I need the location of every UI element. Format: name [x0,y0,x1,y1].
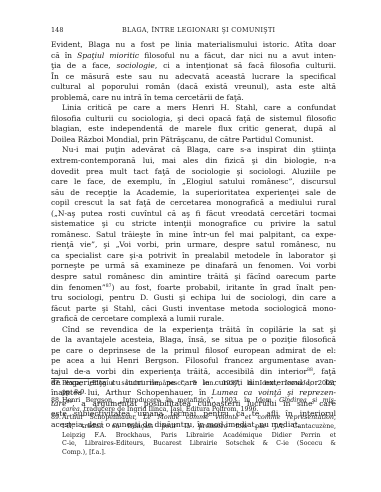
text-line: ţia de a face, sociologie, ci a intenţio… [51,61,336,72]
footnote-number: 88. [51,397,61,406]
text-line: blagian, este independentă de marele flu… [51,124,336,135]
page-number: 148 [51,26,64,34]
text-line: I-II, traduit en français pour la premiè… [62,423,336,432]
footnote-reference[interactable]: 88 [307,368,313,373]
text-line: ca specialist care şi-a potrivit în prea… [51,251,336,262]
text-line: („N-aş putea rosti cuvîntul că aş fi făc… [51,209,336,220]
running-header: 148 BLAGA, ÎNTRE LEGIONARI ŞI COMUNIŞTI [51,26,336,36]
text-line: românesc. Satul trăieşte în mine într-un… [51,230,336,241]
footnote-number: 89. [51,414,61,423]
text-line: Nu-i mai puţin adevărat că Blaga, care s… [51,145,336,156]
text-line: grafică de cercetare complexă a lumii ru… [51,314,336,325]
text-line: Linia critică pe care a mers Henri H. St… [51,103,336,114]
footnote: 88.Henri Bergson, „Introducere în metafi… [51,397,336,414]
text-line: rienţă vie”, şi „Voi vorbi, prin urmare,… [51,240,336,251]
text-line: Evident, Blaga nu a fost pe linia materi… [51,40,336,51]
paragraph: Nu-i mai puţin adevărat că Blaga, care s… [51,145,336,324]
text-line: care le face, de exemplu, în „Elogiul sa… [51,177,336,188]
text-line: tajul de-a vorbi din experienţa trăită, … [51,367,336,378]
text-line: Comp.), [f.a.]. [62,449,336,458]
text-line: despre satul românesc din amintire trăit… [51,272,336,283]
text-line: dovedit prea mult tact faţă de sociologi… [51,167,336,178]
text-line: pe care o deprinsese de la primul filoso… [51,346,336,357]
text-line: făcut parte şi Stahl, căci Gusti inventa… [51,304,336,315]
text-line: C-ie, Libraires-Editeurs, Bucarest Libra… [62,440,336,449]
text-line: Blaga, „Elogiul satului românesc”, 5 iun… [62,380,336,389]
text-line: de la avantajele acesteia, Blaga, însă, … [51,335,336,346]
text-line: copil crescut la sat faţă de cercetarea … [51,198,336,209]
text-line: Cînd se revendica de la experienţa trăit… [51,325,336,336]
text-line: tru sociologi, pentru D. Gusti şi echipa… [51,293,336,304]
text-line: problemă, care nu intră în tema cercetăr… [51,93,336,104]
text-line: sistematice şi cu stricte intenţii monog… [51,219,336,230]
text-line: porneşte pe urmă să examineze pe dinafar… [51,261,336,272]
footnote-reference[interactable]: 87 [106,284,112,289]
paragraph: Evident, Blaga nu a fost pe linia materi… [51,40,336,103]
footnote-number: 87. [51,380,61,389]
text-line: extrem-contemporană lui, mai ales din fi… [51,156,336,167]
footnotes: 87.Blaga, „Elogiul satului românesc”, 5 … [51,380,336,457]
text-line: său de recepţie la Academie, la superior… [51,188,336,199]
text-line: filosofia culturii cu sociologia, şi dec… [51,114,336,125]
text-line: că în Spaţiul mioritic filosoful nu a fă… [51,51,336,62]
text-line: Henri Bergson, „Introducere în metafizic… [62,397,336,406]
text-line: În ce măsură este sau nu adecvată aceast… [51,72,336,83]
text-line: cultural al poporului român (dacă există… [51,82,336,93]
running-title: BLAGA, ÎNTRE LEGIONARI ŞI COMUNIŞTI [122,26,275,34]
footnote: 87.Blaga, „Elogiul satului românesc”, 5 … [51,380,336,397]
text-line: Doilea Război Mondial, prin Pătrăşcanu, … [51,135,336,146]
footnote: 89.Arthur Schopenhauer, Le Monde comme v… [51,414,336,457]
text-line: carea, traducere de Ingrid Ilinca, Iaşi,… [62,406,336,415]
footnote-rule [51,378,109,379]
paragraph: Linia critică pe care a mers Henri H. St… [51,103,336,145]
text-line: Arthur Schopenhauer, Le Monde comme volo… [62,414,336,423]
text-line: pe acea a lui Henri Bergson. Filosoful f… [51,356,336,367]
body-text: Evident, Blaga nu a fost pe linia materi… [51,40,336,430]
text-line: din fenomen”87) au fost, foarte probabil… [51,283,336,294]
text-line: Leipzig F.A. Brockhaus, Paris Librairie … [62,432,336,441]
text-line: pp. 8-9. [62,389,336,398]
